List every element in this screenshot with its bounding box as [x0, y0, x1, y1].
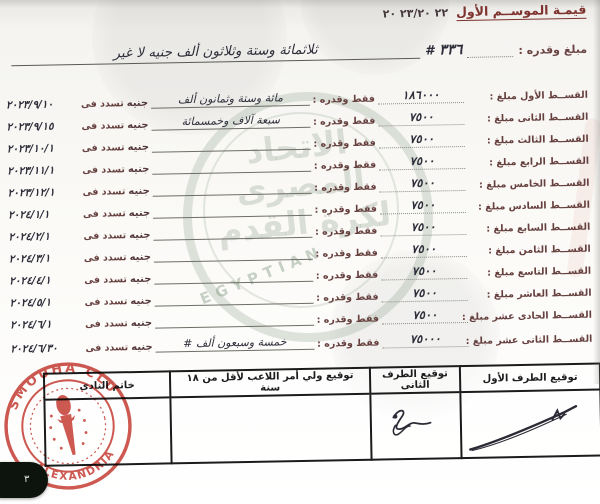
installment-label: القســط الثالث مبلغ : — [468, 134, 589, 147]
page-indicator-pill[interactable]: ٣ — [0, 462, 48, 498]
scan-edge — [0, 0, 600, 8]
second-party-signature-header: توقيع الطرف الثانى — [370, 366, 460, 394]
due-label: تسدد فى — [83, 208, 126, 220]
installment-amount: ٧٥٠٠ — [380, 197, 466, 215]
only-amount-label: فقط وقدره : — [315, 204, 378, 216]
total-amount-label: مبلغ وقدره : — [518, 43, 587, 57]
only-amount-label: فقط وقدره : — [313, 94, 376, 106]
installment-amount: ٧٥٠٠ — [379, 131, 465, 149]
guardian-signature-cell — [170, 394, 371, 464]
only-amount-label: فقط وقدره : — [316, 270, 379, 282]
only-amount-label: فقط وقدره : — [317, 338, 380, 350]
only-amount-label: فقط وقدره : — [315, 248, 378, 260]
currency-label: جنيه — [127, 120, 149, 131]
installment-amount: ٧٥٠٠٠ — [382, 331, 468, 349]
installment-label: القســط الثانى مبلغ : — [467, 112, 588, 125]
installment-label: القســط الحادى عشر مبلغ : — [471, 310, 592, 323]
only-amount-label: فقط وقدره : — [317, 314, 380, 326]
installments-list: القســط الأول مبلغ : ١٨٦٠٠٠ فقط وقدره : … — [6, 81, 593, 362]
installment-due-date: ٢٠٢٣/١٠/١ — [7, 142, 79, 155]
installment-amount-words — [154, 244, 313, 263]
installment-label: القســط العاشر مبلغ : — [470, 288, 591, 301]
installment-due-date: ٢٠٢٤/٣/١ — [9, 252, 81, 265]
due-label: تسدد فى — [82, 142, 125, 154]
first-party-signature-header: توقيع الطرف الأول — [460, 364, 600, 393]
installment-label: القســط الخامس مبلغ : — [468, 178, 589, 191]
installment-amount: ٧٥٠٠ — [382, 307, 468, 325]
installment-label: القســط الرابع مبلغ : — [468, 156, 589, 169]
only-amount-label: فقط وقدره : — [313, 116, 376, 128]
currency-label: جنيه — [129, 208, 151, 219]
installment-due-date: ٢٠٢٤/٦/١ — [10, 318, 82, 331]
installment-amount: ٧٥٠٠ — [380, 219, 466, 237]
total-amount-digits: ٣٣٦ — [439, 42, 463, 58]
installment-label: القســط التاسع مبلغ : — [470, 266, 591, 279]
installment-amount-words: سبعة آلاف وخمسمائة — [151, 112, 310, 131]
installment-amount-words: مائة وستة وثمانون ألف — [151, 90, 310, 109]
due-label: تسدد فى — [82, 164, 125, 176]
installment-amount: ٧٥٠٠ — [381, 285, 467, 303]
installment-amount-words — [153, 178, 312, 197]
due-label: تسدد فى — [81, 120, 124, 132]
total-amount-words: ثلاثمائة وستة وثلاثون ألف جنيه لا غير — [11, 39, 420, 66]
first-party-signature — [461, 391, 600, 458]
installment-amount-words — [152, 134, 311, 153]
installment-amount-words — [155, 288, 314, 307]
second-party-signature-cell — [370, 392, 461, 460]
installment-label: القســط الثانى عشر مبلغ : — [471, 334, 592, 347]
currency-label: جنيه — [127, 142, 149, 153]
installment-due-date: ٢٠٢٤/٥/١ — [10, 296, 82, 309]
installment-label: القســط السابع مبلغ : — [469, 222, 590, 235]
currency-label: جنيه — [128, 164, 150, 175]
due-label: تسدد فى — [83, 230, 126, 242]
page-number: ٣ — [24, 474, 29, 485]
currency-label: جنيه — [130, 274, 152, 285]
installment-due-date: ٢٠٢٤/٢/١ — [8, 230, 80, 243]
only-amount-label: فقط وقدره : — [313, 138, 376, 150]
installment-due-date: ٢٠٢٣/١١/١ — [7, 164, 79, 177]
installment-amount-words: خمسة وسبعون ألف # — [155, 334, 314, 353]
installment-due-date: ٢٠٢٤/٤/١ — [9, 274, 81, 287]
installment-label: القســط الأول مبلغ : — [467, 90, 588, 103]
due-label: تسدد فى — [85, 296, 128, 308]
installment-amount-words — [154, 266, 313, 285]
due-label: تسدد فى — [84, 274, 127, 286]
only-amount-label: فقط وقدره : — [314, 182, 377, 194]
hash-mark: # — [425, 44, 434, 59]
installment-amount: ٧٥٠٠ — [381, 263, 467, 281]
season-years: ٢٢ ٢٣/٢٠ ٢٠ — [383, 6, 449, 20]
installment-due-date: ٢٠٢٣/٩/١٠ — [6, 98, 78, 111]
installment-due-date: ٢٠٢٣/١٢/١ — [8, 186, 80, 199]
currency-label: جنيه — [128, 186, 150, 197]
torch-icon — [43, 391, 92, 458]
currency-label: جنيه — [129, 252, 151, 263]
installment-amount: ٧٥٠٠ — [381, 241, 467, 259]
installment-amount-words — [153, 200, 312, 219]
installment-amount-words — [153, 222, 312, 241]
currency-label: جنيه — [131, 342, 153, 353]
installment-amount: ١٨٦٠٠٠ — [378, 87, 464, 105]
currency-label: جنيه — [127, 98, 149, 109]
first-party-signature-cell — [460, 390, 600, 459]
installment-amount-words — [152, 156, 311, 175]
installment-due-date: ٢٠٢٣/٩/١٥ — [6, 120, 78, 133]
due-label: تسدد فى — [81, 98, 124, 110]
installment-amount: ٧٥٠٠ — [379, 175, 465, 193]
dotted-leader — [467, 45, 513, 58]
scanned-document: الاتحاد المصرى لكرة القدم EGYPTIAN قيمـة… — [0, 0, 600, 504]
currency-label: جنيه — [130, 296, 152, 307]
installment-label: القســط الثامن مبلغ : — [470, 244, 591, 257]
installment-amount: ٧٥٠٠ — [378, 109, 464, 127]
installment-due-date: ٢٠٢٤/٦/٣٠ — [10, 342, 82, 355]
installment-amount: ٧٥٠٠ — [379, 153, 465, 171]
installment-amount-words — [155, 310, 314, 329]
second-party-signature — [371, 393, 460, 459]
total-amount-line: مبلغ وقدره : ٣٣٦ # ثلاثمائة وستة وثلاثون… — [11, 36, 587, 67]
only-amount-label: فقط وقدره : — [316, 292, 379, 304]
installment-due-date: ٢٠٢٤/١/١ — [8, 208, 80, 221]
only-amount-label: فقط وقدره : — [315, 226, 378, 238]
guardian-signature-header: توقيع ولي أمر اللاعب لأقل من ١٨ سنة — [170, 368, 370, 398]
installment-label: القســط السادس مبلغ : — [469, 200, 590, 213]
currency-label: جنيه — [129, 230, 151, 241]
currency-label: جنيه — [131, 318, 153, 329]
due-label: تسدد فى — [85, 318, 128, 330]
scan-edge — [593, 0, 600, 384]
due-label: تسدد فى — [83, 186, 126, 198]
due-label: تسدد فى — [84, 252, 127, 264]
only-amount-label: فقط وقدره : — [314, 160, 377, 172]
